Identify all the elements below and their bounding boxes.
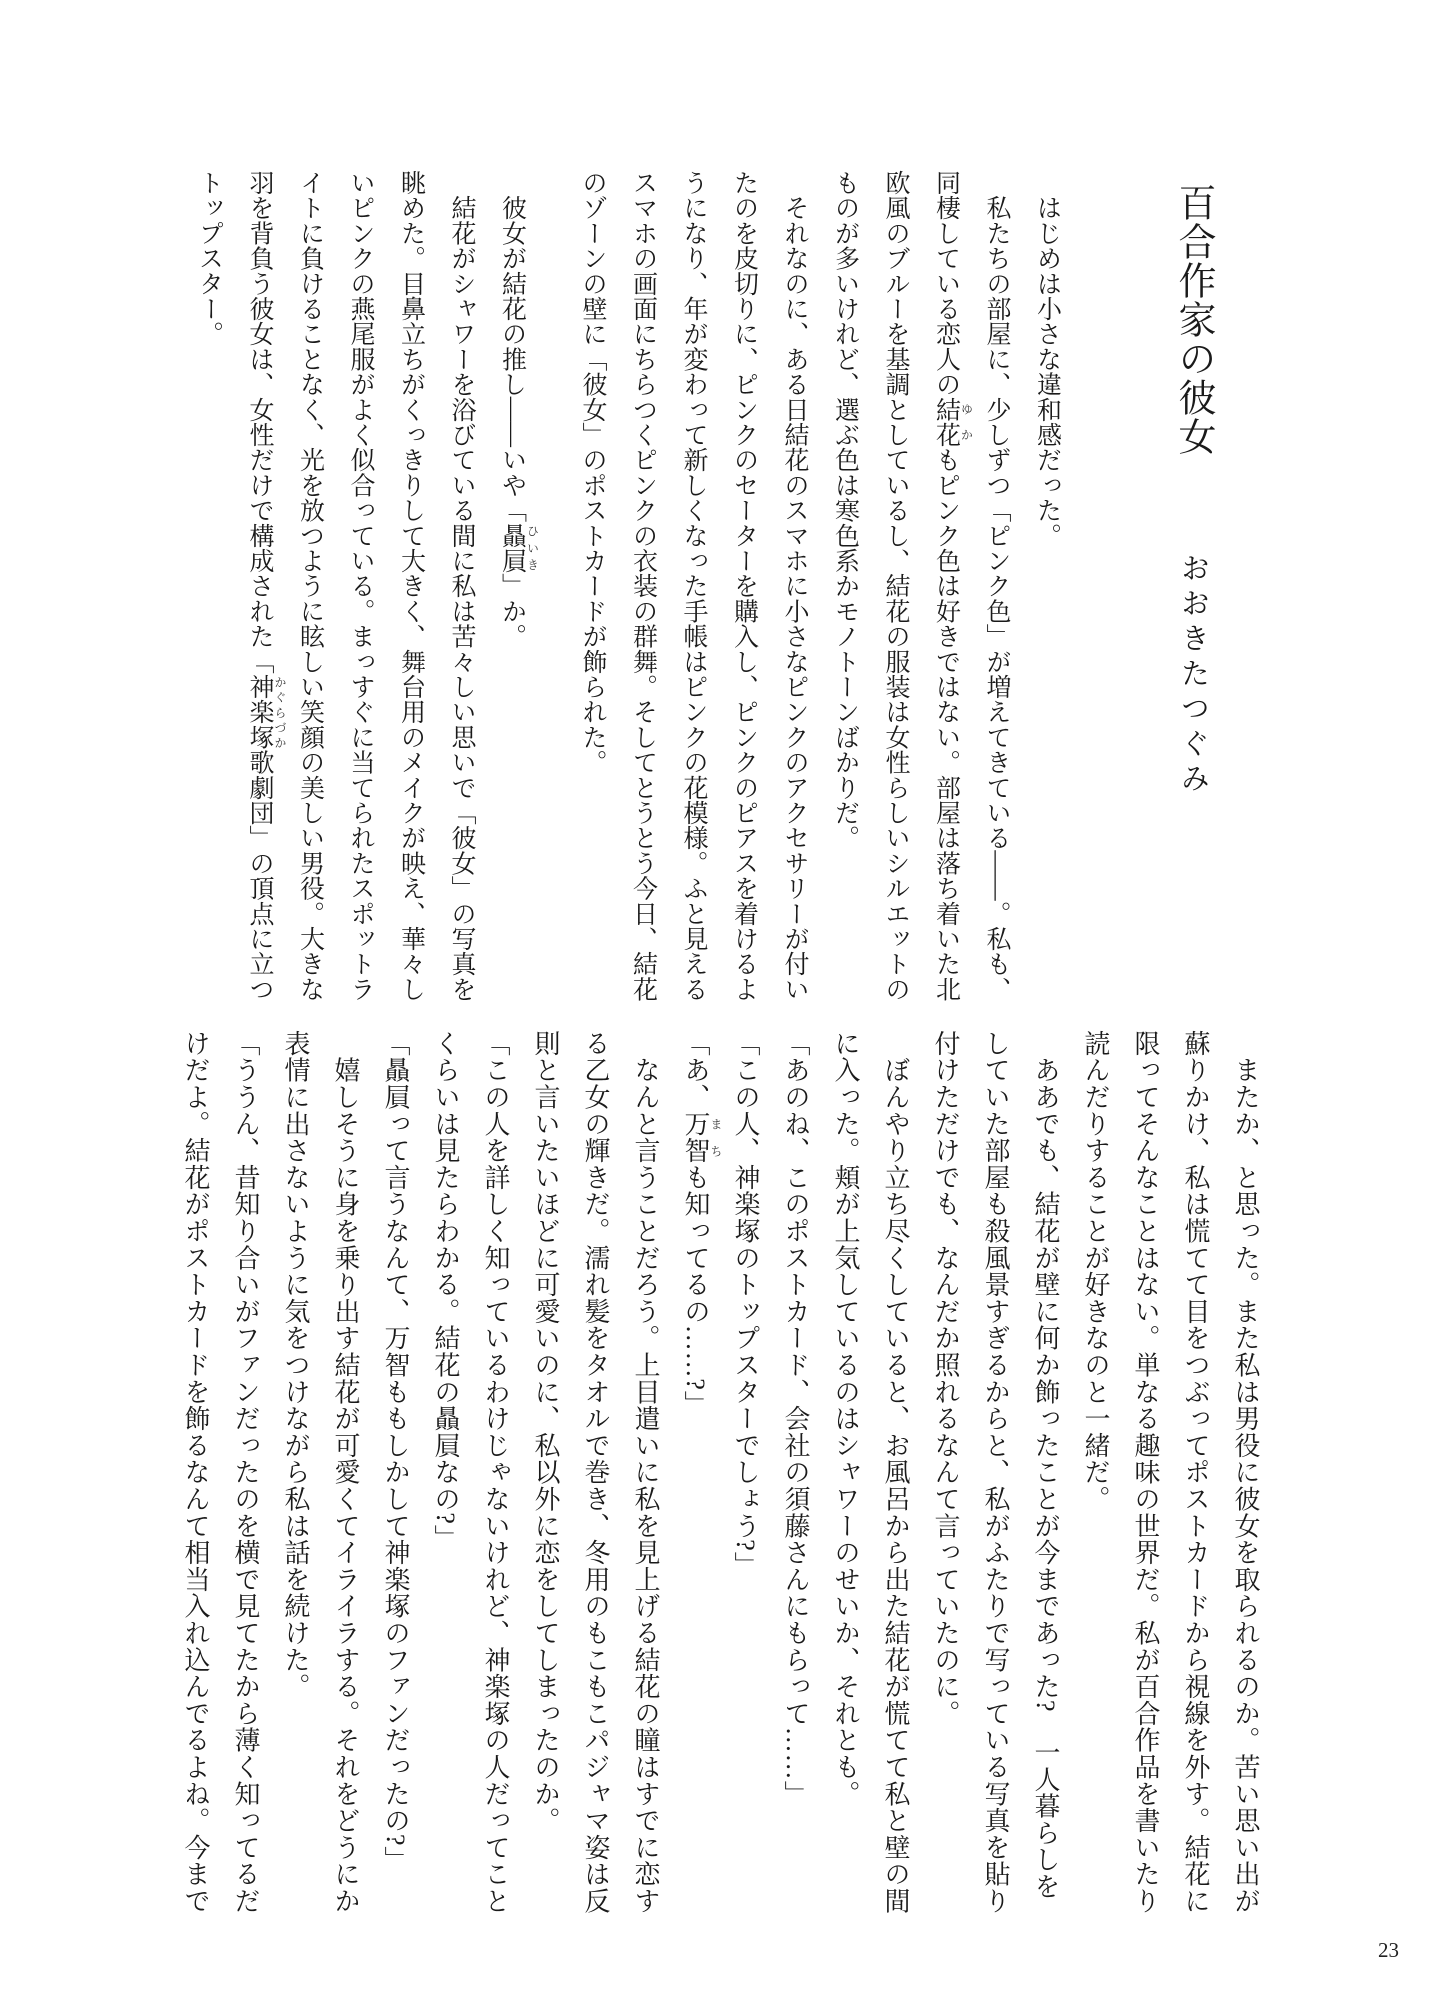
text-column: 羽を背負う彼女は、女性だけで構成された「神楽塚歌劇団」の頂点に立つ <box>247 170 272 1002</box>
text-column: 表情に出さないように気をつけながら私は話を続けた。 <box>282 1030 308 1700</box>
text-column: 欧風のブルーを基調としているし、結花の服装は女性らしいシルエットの <box>883 170 908 1002</box>
text-column: 眺めた。目鼻立ちがくっきりして大きく、舞台用のメイクが映え、華々し <box>399 170 424 1002</box>
text-column: 「あのね、このポストカード、会社の須藤さんにもらって……」 <box>782 1030 808 1807</box>
text-column: 「あ、万智も知ってるの……?」 <box>682 1030 708 1418</box>
page-title: 百合作家の彼女 <box>1174 183 1212 456</box>
furigana-ruby: ひいき <box>527 525 539 575</box>
text-column: なんと言うことだろう。上目遣いに私を見上げる結花の瞳はすでに恋す <box>632 1030 658 1914</box>
furigana-ruby: かぐらづか <box>274 676 286 752</box>
text-column: スマホの画面にちらつくピンクの衣装の群舞。そしてとうとう今日、結花 <box>631 170 656 1002</box>
text-column: またか、と思った。また私は男役に彼女を取られるのか。苦い思い出が <box>1232 1030 1258 1914</box>
text-column: うになり、年が変わって新しくなった手帳はピンクの花模様。ふと見える <box>681 170 706 1002</box>
text-column: る乙女の輝きだ。濡れ髪をタオルで巻き、冬用のもこもこパジャマ姿は反 <box>582 1030 608 1914</box>
text-column: 彼女が結花の推し――いや「贔屓」か。 <box>500 170 525 649</box>
text-column: 私たちの部屋に、少しずつ「ピンク色」が増えてきている――。私も、 <box>984 170 1009 1002</box>
page-number: 23 <box>1378 1938 1399 1963</box>
page-author: おおきたつぐみ <box>1178 553 1207 798</box>
text-column: のゾーンの壁に「彼女」のポストカードが飾られた。 <box>580 170 605 775</box>
text-column: たのを皮切りに、ピンクのセーターを購入し、ピンクのピアスを着けるよ <box>732 170 757 1002</box>
text-column: ぼんやり立ち尽くしていると、お風呂から出た結花が慌てて私と壁の間 <box>882 1030 908 1914</box>
text-column: 「この人、神楽塚のトップスターでしょう?」 <box>732 1030 758 1578</box>
text-column: 「ううん、昔知り合いがファンだったのを横で見てたから薄く知ってるだ <box>232 1030 258 1914</box>
text-column: 限ってそんなことはない。単なる趣味の世界だ。私が百合作品を書いたり <box>1132 1030 1158 1914</box>
text-column: はじめは小さな違和感だった。 <box>1035 170 1060 548</box>
text-column: に入った。頬が上気しているのはシャワーのせいか、それとも。 <box>832 1030 858 1807</box>
text-column: 付けただけでも、なんだか照れるなんて言っていたのに。 <box>932 1030 958 1727</box>
furigana-ruby: まち <box>710 1118 722 1172</box>
text-column: ああでも、結花が壁に何か飾ったことが今まであった? 一人暮らしを <box>1032 1030 1058 1900</box>
text-column: していた部屋も殺風景すぎるからと、私がふたりで写っている写真を貼り <box>982 1030 1008 1914</box>
text-column: 嬉しそうに身を乗り出す結花が可愛くてイライラする。それをどうにか <box>332 1030 358 1914</box>
text-column: それなのに、ある日結花のスマホに小さなピンクのアクセサリーが付い <box>782 170 807 1002</box>
text-column: くらいは見たらわかる。結花の贔屓なの?」 <box>432 1030 458 1552</box>
book-page: 百合作家の彼女 おおきたつぐみ はじめは小さな違和感だった。 私たちの部屋に、少… <box>0 0 1430 2000</box>
furigana-ruby: ゆか <box>961 403 973 453</box>
text-column: 同棲している恋人の結花もピンク色は好きではない。部屋は落ち着いた北 <box>934 170 959 1002</box>
text-column: 「贔屓って言うなんて、万智ももしかして神楽塚のファンだったの?」 <box>382 1030 408 1873</box>
text-column: イトに負けることなく、光を放つように眩しい笑顔の美しい男役。大きな <box>298 170 323 1002</box>
text-column: 読んだりすることが好きなのと一緒だ。 <box>1082 1030 1108 1512</box>
text-column: 則と言いたいほどに可愛いのに、私以外に恋をしてしまったのか。 <box>532 1030 558 1834</box>
text-column: トップスター。 <box>197 170 222 346</box>
text-column: いピンクの燕尾服がよく似合っている。まっすぐに当てられたスポットラ <box>348 170 373 1002</box>
text-column: 結花がシャワーを浴びている間に私は苦々しい思いで「彼女」の写真を <box>449 170 474 1002</box>
text-column: 蘇りかけ、私は慌てて目をつぶってポストカードから視線を外す。結花に <box>1182 1030 1208 1914</box>
text-column: ものが多いけれど、選ぶ色は寒色系かモノトーンばかりだ。 <box>833 170 858 850</box>
text-column: けだよ。結花がポストカードを飾るなんて相当入れ込んでるよね。今まで <box>182 1030 208 1914</box>
text-column: 「この人を詳しく知っているわけじゃないけれど、神楽塚の人だってこと <box>482 1030 508 1914</box>
